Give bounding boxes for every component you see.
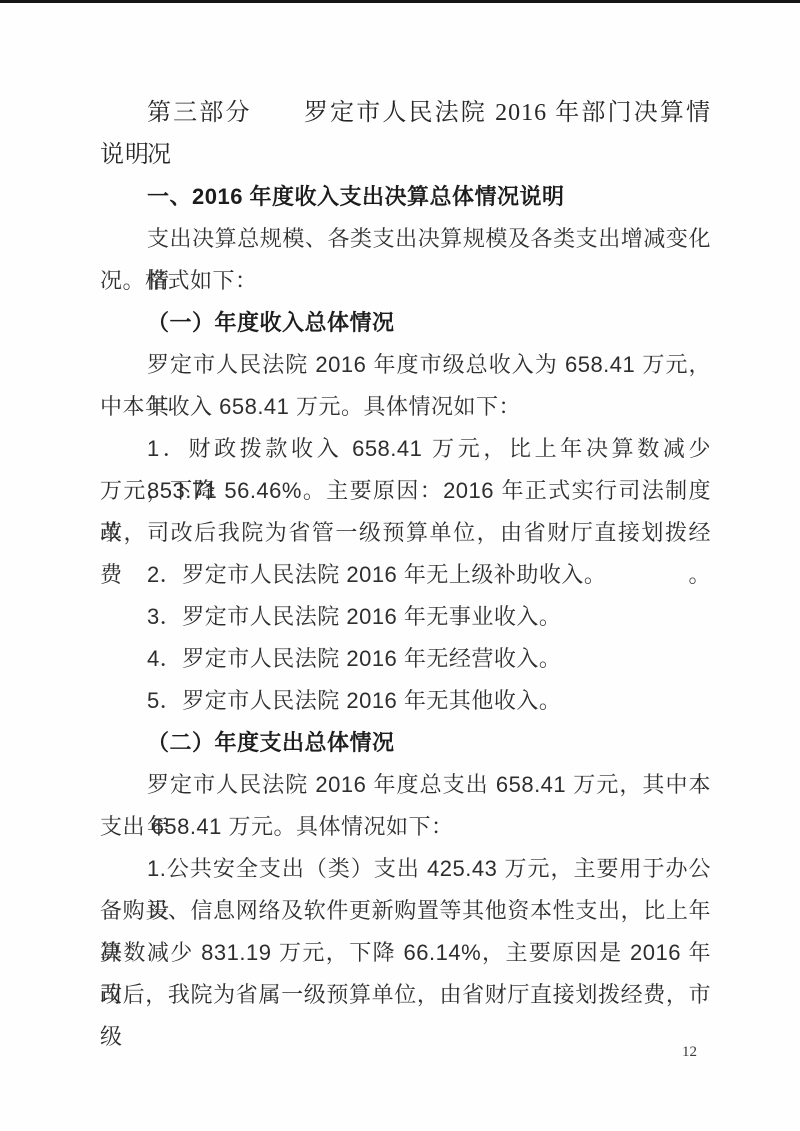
text-line-body: 罗定市人民法院 2016 年度市级总收入为 658.41 万元，其	[100, 344, 711, 386]
text-line-body: 3．罗定市人民法院 2016 年无事业收入。	[100, 596, 711, 638]
text-line-sub-heading: （一）年度收入总体情况	[100, 302, 711, 344]
text-line-body: 万元，下降 56.46%。主要原因：2016 年正式实行司法制度改	[100, 470, 711, 512]
text-line-body: 备购买、信息网络及软件更新购置等其他资本性支出，比上年决	[100, 890, 711, 932]
text-line-body: 罗定市人民法院 2016 年度总支出 658.41 万元，其中本年	[100, 764, 711, 806]
text-line-body: 算数减少 831.19 万元，下降 66.14%，主要原因是 2016 年司	[100, 932, 711, 974]
text-line-body: 5．罗定市人民法院 2016 年无其他收入。	[100, 680, 711, 722]
text-line-body: 4．罗定市人民法院 2016 年无经营收入。	[100, 638, 711, 680]
text-line-body: 1．财政拨款收入 658.41 万元，比上年决算数减少 853.71	[100, 428, 711, 470]
document-content: 第三部分 罗定市人民法院 2016 年部门决算情况说明一、2016 年度收入支出…	[100, 92, 711, 1016]
text-line-body: 1.公共安全支出（类）支出 425.43 万元，主要用于办公设	[100, 848, 711, 890]
page-number: 12	[682, 1042, 697, 1062]
document-page: 第三部分 罗定市人民法院 2016 年部门决算情况说明一、2016 年度收入支出…	[0, 0, 800, 1131]
text-line-body: 支出决算总规模、各类支出决算规模及各类支出增减变化情	[100, 218, 711, 260]
text-line-sub-heading: （二）年度支出总体情况	[100, 722, 711, 764]
text-line-body: 况。格式如下：	[100, 260, 711, 302]
text-line-title: 说明	[100, 134, 711, 176]
text-line-body: 革，司改后我院为省管一级预算单位，由省财厅直接划拨经费。	[100, 512, 711, 554]
text-line-title: 第三部分 罗定市人民法院 2016 年部门决算情况	[100, 92, 711, 134]
text-line-body: 支出 658.41 万元。具体情况如下：	[100, 806, 711, 848]
text-line-section-heading: 一、2016 年度收入支出决算总体情况说明	[100, 176, 711, 218]
text-line-body: 中本年收入 658.41 万元。具体情况如下：	[100, 386, 711, 428]
scan-edge-artifact	[0, 0, 800, 3]
text-line-body: 改后，我院为省属一级预算单位，由省财厅直接划拨经费，市级	[100, 974, 711, 1016]
